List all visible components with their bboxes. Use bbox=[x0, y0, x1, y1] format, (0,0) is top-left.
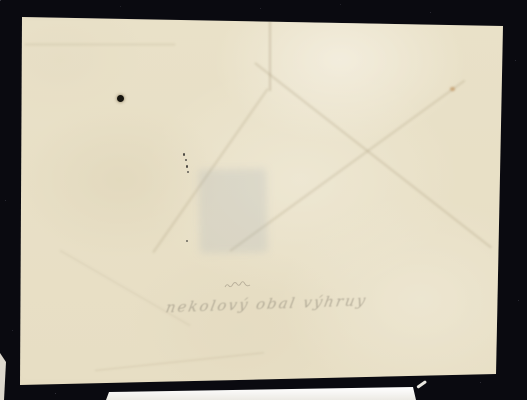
dark-speck bbox=[186, 240, 188, 242]
vertical-fold-crease bbox=[269, 19, 271, 91]
dark-speck bbox=[183, 153, 185, 156]
black-ink-spot bbox=[117, 95, 124, 102]
stamp-show-through bbox=[198, 168, 267, 253]
rust-stain bbox=[450, 87, 455, 91]
diagonal-crease bbox=[255, 62, 492, 248]
small-white-mark bbox=[416, 380, 426, 388]
photo-backdrop: nekolový obal výhruy bbox=[0, 0, 527, 400]
paper-cover-reverse: nekolový obal výhruy bbox=[0, 0, 527, 400]
dark-speck bbox=[185, 159, 187, 161]
pencil-inscription: nekolový obal výhruy bbox=[164, 290, 407, 316]
white-card-edge bbox=[106, 387, 416, 400]
horizontal-crease bbox=[25, 44, 175, 45]
dark-speck bbox=[187, 171, 189, 173]
bottom-crease bbox=[95, 352, 264, 371]
small-pencil-scribble bbox=[224, 279, 254, 291]
backdrop-dust-specks bbox=[0, 0, 1, 1]
dark-speck bbox=[186, 165, 188, 168]
adjacent-item-edge bbox=[0, 350, 8, 400]
